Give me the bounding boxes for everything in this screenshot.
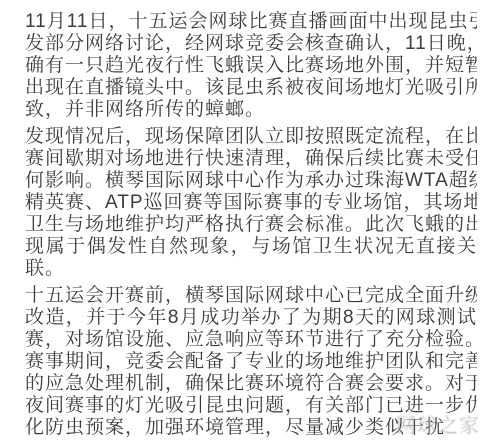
- text-line: 发现情况后，现场保障团队立即按照既定流程，在比: [25, 126, 477, 148]
- text-line: 赛事期间，竞委会配备了专业的场地维护团队和完善: [25, 351, 477, 373]
- text-line: 十五运会开赛前，横琴国际网球中心已完成全面升级: [25, 285, 477, 307]
- text-line: 的应急处理机制，确保比赛环境符合赛会要求。对于: [25, 373, 477, 395]
- text-line: 出现在直播镜头中。该昆虫系被夜间场地灯光吸引所: [25, 77, 477, 99]
- text-line: 11月11日，十五运会网球比赛直播画面中出现昆虫引: [25, 11, 477, 33]
- text-line: 改造，并于今年8月成功举办了为期8天的网球测试: [25, 307, 477, 329]
- text-line: 赛间歇期对场地进行快速清理，确保后续比赛未受任: [25, 148, 477, 170]
- paragraph: 十五运会开赛前，横琴国际网球中心已完成全面升级改造，并于今年8月成功举办了为期8…: [25, 285, 477, 439]
- text-line: 精英赛、ATP巡回赛等国际赛事的专业场馆，其场地: [25, 192, 477, 214]
- text-line: 确有一只趋光夜行性飞蛾误入比赛场地外围，并短暂: [25, 55, 477, 77]
- text-line: 卫生与场地维护均严格执行赛会标准。此次飞蛾的出: [25, 214, 477, 236]
- text-line: 发部分网络讨论，经网球竞委会核查确认，11日晚，: [25, 33, 477, 55]
- text-line: 何影响。横琴国际网球中心作为承办过珠海WTA超级: [25, 170, 477, 192]
- text-line: 致，并非网络所传的蟑螂。: [25, 99, 477, 121]
- text-line: 现属于偶发性自然现象，与场馆卫生状况无直接关: [25, 236, 477, 258]
- text-line: 联。: [25, 258, 477, 280]
- text-line: 化防虫预案，加强环境管理，尽量减少类似干扰: [25, 417, 477, 439]
- article: 11月11日，十五运会网球比赛直播画面中出现昆虫引发部分网络讨论，经网球竞委会核…: [25, 11, 477, 440]
- text-line: 夜间赛事的灯光吸引昆虫问题，有关部门已进一步优: [25, 395, 477, 417]
- text-line: 赛，对场馆设施、应急响应等环节进行了充分检验。: [25, 329, 477, 351]
- paragraph: 11月11日，十五运会网球比赛直播画面中出现昆虫引发部分网络讨论，经网球竞委会核…: [25, 11, 477, 121]
- paragraph: 发现情况后，现场保障团队立即按照既定流程，在比赛间歇期对场地进行快速清理，确保后…: [25, 126, 477, 280]
